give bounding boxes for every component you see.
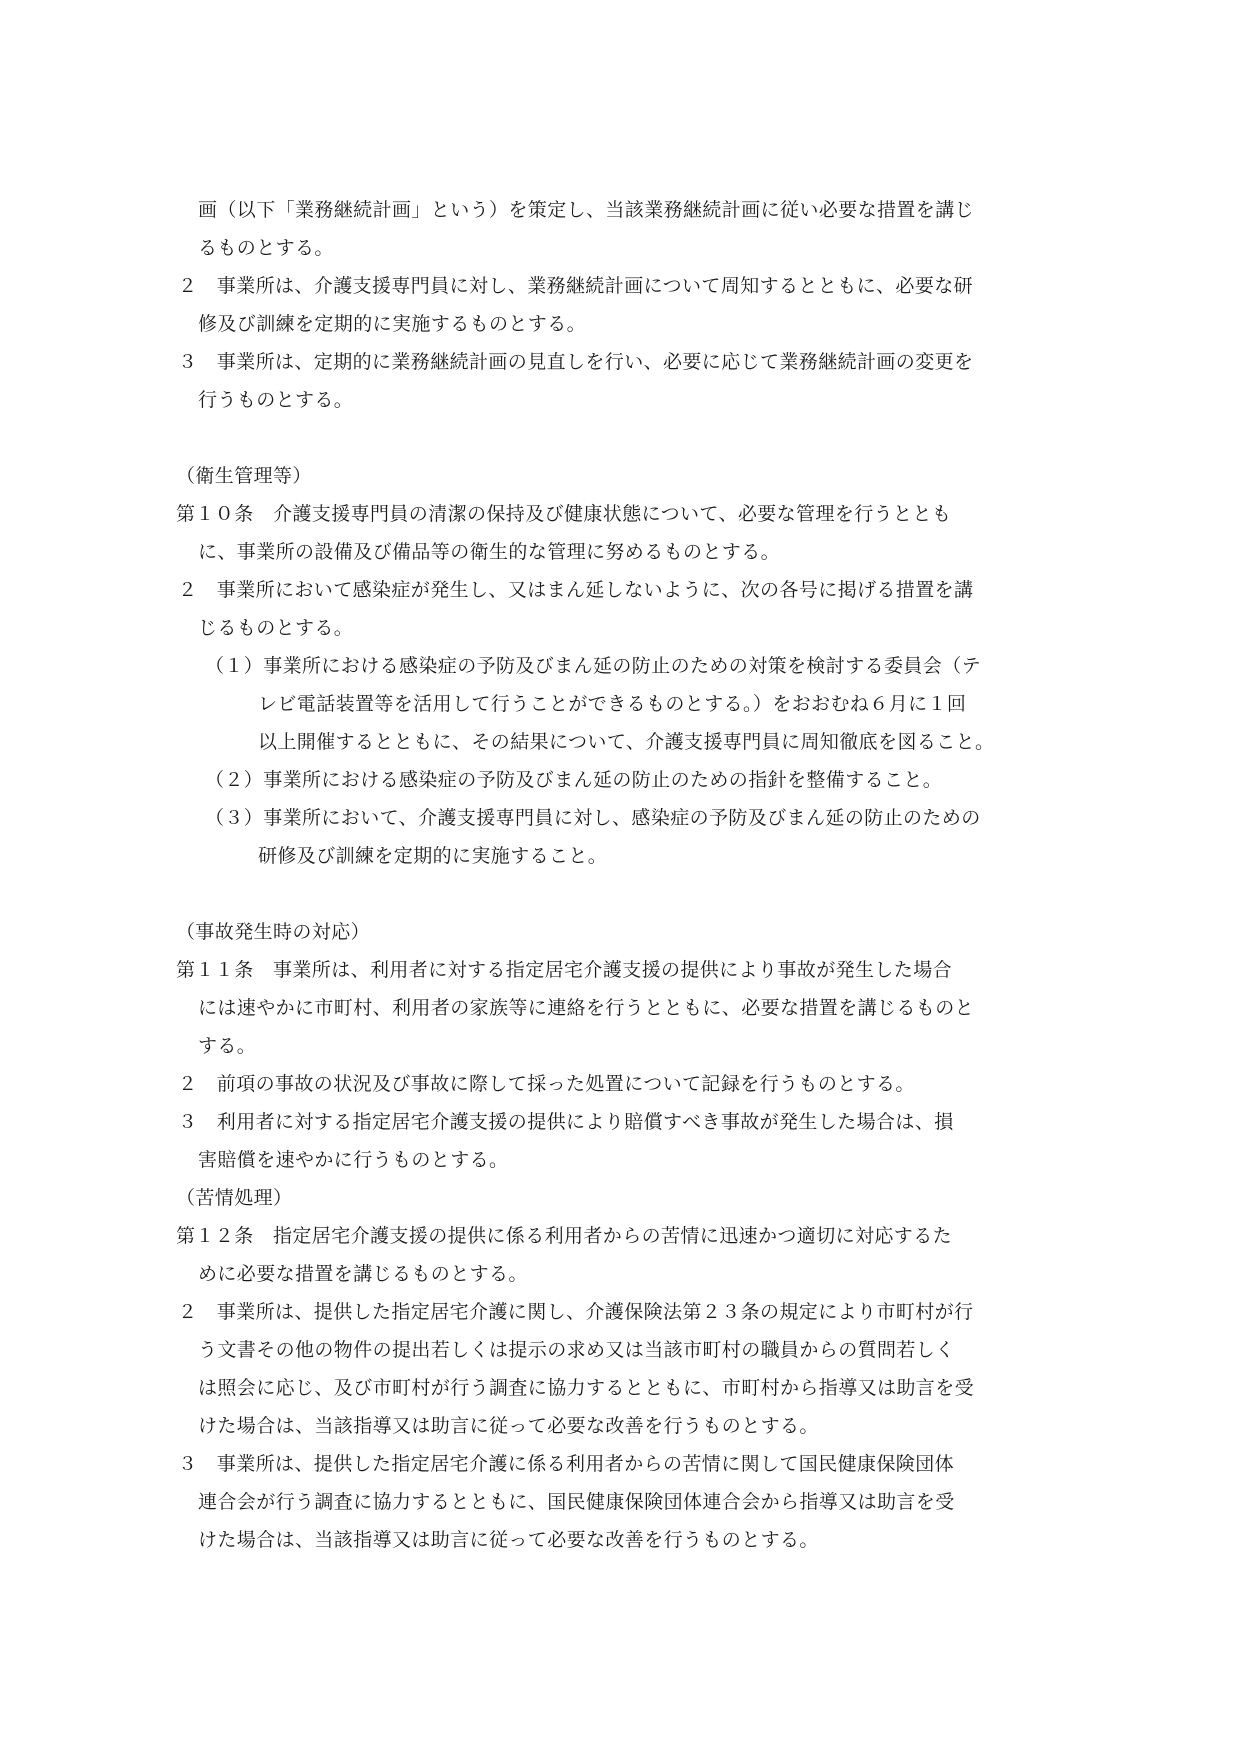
article-title-line: 第１０条 介護支援専門員の清潔の保持及び健康状態について、必要な管理を行うととも <box>176 501 951 527</box>
body-text-line: には速やかに市町村、利用者の家族等に連絡を行うとともに、必要な措置を講じるものと <box>198 995 974 1021</box>
body-text-line: 画（以下「業務継続計画」という）を策定し、当該業務継続計画に従い必要な措置を講じ <box>198 197 974 223</box>
item-number-line: （１）事業所における感染症の予防及びまん延の防止のための対策を検討する委員会（テ <box>205 653 981 679</box>
body-text-line: は照会に応じ、及び市町村が行う調査に協力するとともに、市町村から指導又は助言を受 <box>198 1375 974 1401</box>
document-page: 画（以下「業務継続計画」という）を策定し、当該業務継続計画に従い必要な措置を講じ… <box>0 0 1241 1755</box>
body-text-line: に、事業所の設備及び備品等の衛生的な管理に努めるものとする。 <box>198 539 780 565</box>
body-text-line: する。 <box>198 1033 256 1059</box>
body-text-line: う文書その他の物件の提出若しくは提示の求め又は当該市町村の職員からの質問若しく <box>198 1337 955 1363</box>
body-text-line: るものとする。 <box>198 235 334 261</box>
section-heading: （衛生管理等） <box>176 463 312 489</box>
body-text-line: 修及び訓練を定期的に実施するものとする。 <box>198 311 586 337</box>
paragraph-number-line: ２ 事業所は、介護支援専門員に対し、業務継続計画について周知するとともに、必要な… <box>178 273 973 299</box>
body-text-line: めに必要な措置を講じるものとする。 <box>198 1261 528 1287</box>
body-text-line: 以上開催するとともに、その結果について、介護支援専門員に周知徹底を図ること。 <box>258 729 994 755</box>
paragraph-number-line: ２ 前項の事故の状況及び事故に際して採った処置について記録を行うものとする。 <box>178 1071 915 1097</box>
article-title-line: 第１１条 事業所は、利用者に対する指定居宅介護支援の提供により事故が発生した場合 <box>176 957 952 983</box>
body-text-line: じるものとする。 <box>198 615 353 641</box>
body-text-line: 連合会が行う調査に協力するとともに、国民健康保険団体連合会から指導又は助言を受 <box>198 1489 955 1515</box>
paragraph-number-line: ２ 事業所において感染症が発生し、又はまん延しないように、次の各号に掲げる措置を… <box>178 577 973 603</box>
body-text-line: けた場合は、当該指導又は助言に従って必要な改善を行うものとする。 <box>198 1413 819 1439</box>
item-number-line: （３）事業所において、介護支援専門員に対し、感染症の予防及びまん延の防止のための <box>205 805 981 831</box>
body-text-line: 研修及び訓練を定期的に実施すること。 <box>258 843 607 869</box>
body-text-line: 行うものとする。 <box>198 387 353 413</box>
section-heading: （苦情処理） <box>176 1185 292 1211</box>
paragraph-number-line: ３ 事業所は、提供した指定居宅介護に係る利用者からの苦情に関して国民健康保険団体 <box>178 1451 954 1477</box>
paragraph-number-line: ３ 事業所は、定期的に業務継続計画の見直しを行い、必要に応じて業務継続計画の変更… <box>178 349 973 375</box>
body-text-line: 害賠償を速やかに行うものとする。 <box>198 1147 508 1173</box>
article-title-line: 第１２条 指定居宅介護支援の提供に係る利用者からの苦情に迅速かつ適切に対応するた <box>176 1223 952 1249</box>
paragraph-number-line: ３ 利用者に対する指定居宅介護支援の提供により賠償すべき事故が発生した場合は、損 <box>178 1109 954 1135</box>
section-heading: （事故発生時の対応） <box>176 919 370 945</box>
body-text-line: レビ電話装置等を活用して行うことができるものとする。）をおおむね６月に１回 <box>258 691 966 717</box>
paragraph-number-line: ２ 事業所は、提供した指定居宅介護に関し、介護保険法第２３条の規定により市町村が… <box>178 1299 973 1325</box>
body-text-line: けた場合は、当該指導又は助言に従って必要な改善を行うものとする。 <box>198 1527 819 1553</box>
item-number-line: （２）事業所における感染症の予防及びまん延の防止のための指針を整備すること。 <box>205 767 942 793</box>
